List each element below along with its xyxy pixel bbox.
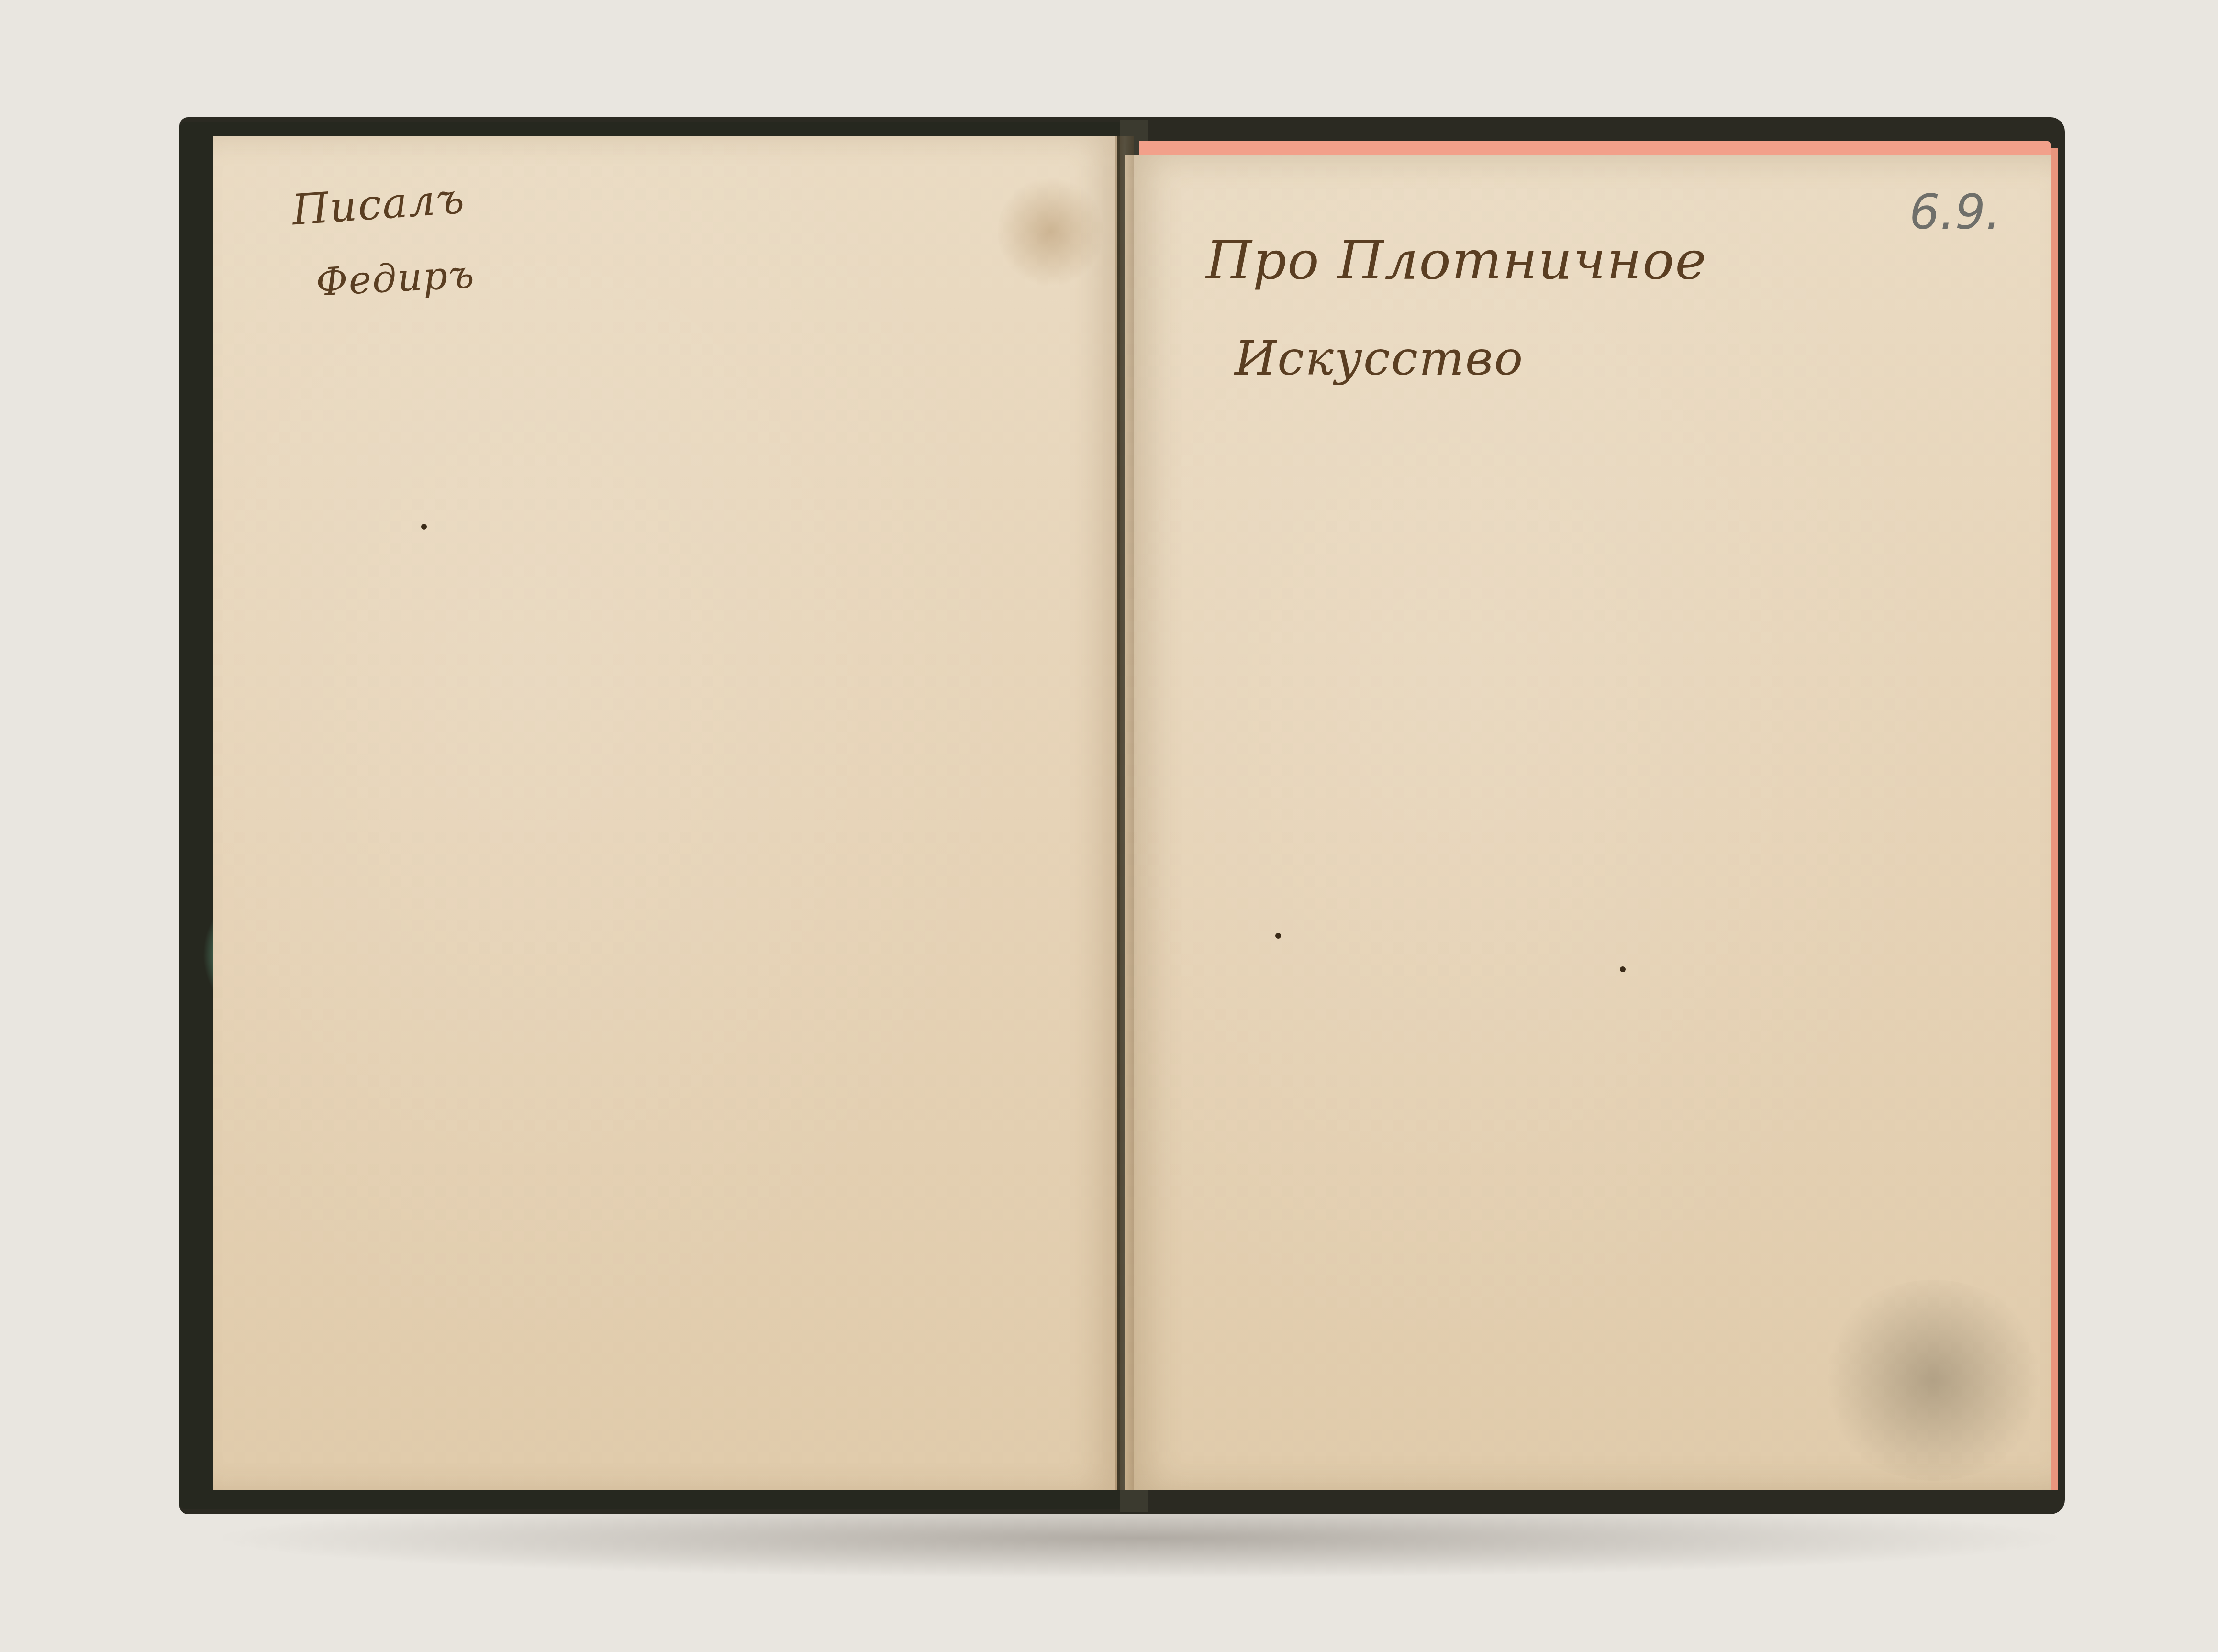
page-edge-right [2051,148,2058,1490]
left-page [213,136,1117,1490]
ink-dot [1620,966,1626,972]
left-inscription-line2: Федиръ [315,252,476,304]
stain [998,175,1103,289]
page-title-line2: Искусство [1235,330,1524,386]
book-gutter [1115,136,1134,1490]
page-edge-top [1139,141,2051,157]
ink-dot [421,524,427,530]
stain [1818,1280,2048,1481]
ink-dot [1275,933,1281,939]
pencil-page-number: 6.9. [1909,184,2001,240]
page-title-line1: Про Плотничное [1206,230,1707,291]
